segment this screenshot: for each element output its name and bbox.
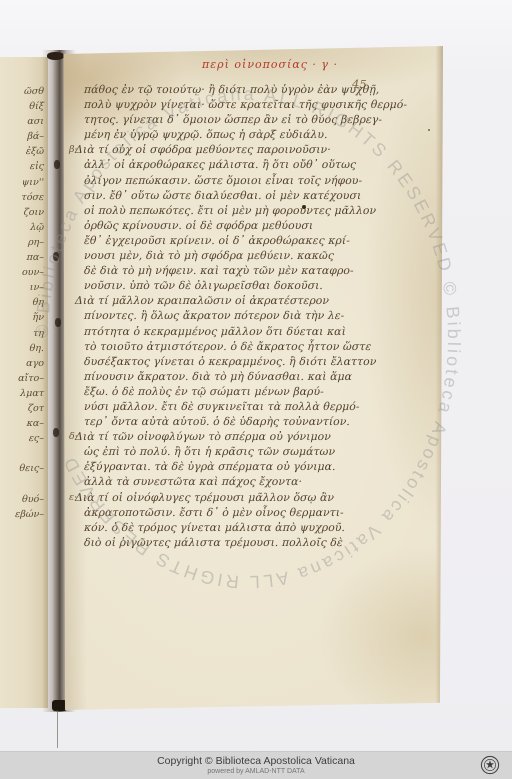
stitch-mark: [55, 318, 61, 327]
facing-fragment: [2, 446, 45, 461]
facing-fragment: αἴτο–: [2, 371, 45, 386]
manuscript-line: τητος. γίνεται δ᾽ ὅμοιον ὥσπερ ἂν εἰ τὸ …: [84, 112, 421, 127]
manuscript-line: πίνουσιν ἄκρατον. διὰ τὸ μὴ δύνασθαι. κα…: [84, 369, 421, 384]
facing-fragment: ες–: [2, 431, 45, 446]
facing-fragment: ασι: [2, 114, 45, 129]
facing-fragment: θη.: [2, 341, 45, 356]
facing-fragment: κα–: [2, 416, 45, 431]
manuscript-line: δυσέξακτος γίνεται ὁ κεκραμμένος. ἢ διότ…: [84, 354, 421, 369]
facing-fragment: ζοιν: [2, 205, 45, 220]
facing-fragment: αγο: [2, 356, 45, 371]
binding-thread: [57, 710, 58, 748]
facing-fragment: λῷ: [2, 220, 45, 235]
manuscript-line: Διὰ τί τῶν οἰνοφλύγων τὸ σπέρμα οὐ γόνιμ…: [75, 429, 421, 444]
facing-fragment: ιν–: [2, 280, 45, 295]
manuscript-line: Διὰ τί οὐχ οἱ σφόδρα μεθύοντες παροινοῦσ…: [75, 142, 421, 157]
manuscript-line: ἀλλὰ τὰ συνεστῶτα καὶ πάχος ἔχοντα·: [84, 474, 421, 489]
facing-fragment: ζοτ: [2, 401, 45, 416]
manuscript-line: νοῦσιν. ὑπὸ τῶν δὲ ὀλιγωρεῖσθαι δοκοῦσι.: [84, 278, 421, 293]
manuscript-line: διὸ οἱ ῥιγῶντες μάλιστα τρέμουσι. πολλοῖ…: [84, 535, 421, 550]
manuscript-line: πίνοντες. ἢ ὅλως ἄκρατον πότερον διὰ τὴν…: [84, 308, 421, 323]
vatican-library-seal-icon: [480, 755, 500, 775]
stitch-mark: [54, 160, 60, 169]
manuscript-line: ἔθ᾽ ἐγχειροῦσι κρίνειν. οἱ δ᾽ ἀκροθώρακε…: [84, 233, 421, 248]
manuscript-line: ὀλίγον πεπώκασιν. ὥστε ὅμοιοι εἶναι τοῖς…: [84, 173, 421, 188]
facing-fragment: θίξ: [2, 99, 45, 114]
facing-fragment: ἐξῶ: [2, 144, 45, 159]
manuscript-photo-viewer: ῶσθθίξασιβά–ἐξῶεἰςψιν''τόσεζοινλῷρη–πα–ο…: [0, 0, 512, 779]
manuscript-line: ὀρθῶς κρίνουσιν. οἱ δὲ σφόδρα μεθύουσι: [84, 218, 421, 233]
facing-page-fragments: ῶσθθίξασιβά–ἐξῶεἰςψιν''τόσεζοινλῷρη–πα–ο…: [2, 84, 44, 552]
manuscript-line: δὲ διὰ τὸ μὴ νήφειν. καὶ ταχὺ τῶν μὲν κα…: [84, 263, 421, 278]
facing-fragment: λματ: [2, 386, 45, 401]
facing-fragment: τη: [2, 326, 45, 341]
manuscript-line: ἐξύγρανται. τὰ δὲ ὑγρὰ σπέρματα οὐ γόνιμ…: [84, 459, 421, 474]
rubric-title: περὶ οἰνοποσίας · γ ·: [165, 58, 375, 71]
facing-fragment: [2, 476, 45, 491]
manuscript-line: τερ᾽ ὄντα αὐτὰ αὑτοῦ. ὁ δὲ ὑδαρὴς τοὐναν…: [84, 414, 421, 429]
manuscript-line: ἀκρατοποτῶσιν. ἔστι δ᾽ ὁ μὲν οἶνος θερμα…: [84, 505, 421, 520]
manuscript-line: σιν. ἔθ᾽ οὕτω ὥστε διαλύεσθαι. οἱ μὲν κα…: [84, 188, 421, 203]
manuscript-line: τὸ τοιοῦτο ἀτμιστότερον. ὁ δὲ ἄκρατος ἧτ…: [84, 339, 421, 354]
manuscript-line: μένη ἐν ὑγρῷ ψυχρῷ. ὅπως ἡ σὰρξ εὐδιάλυ.: [84, 127, 421, 142]
spine-top-notch: [47, 52, 64, 60]
ink-speck: [428, 129, 430, 131]
facing-fragment: ἥν: [2, 310, 45, 325]
facing-fragment: εἰς: [2, 159, 45, 174]
manuscript-line: ἀλλ᾽ οἱ ἀκροθώρακες μάλιστα. ἢ ὅτι οὔθ᾽ …: [84, 157, 421, 172]
footer-powered-by: powered by AMLAD-NTT DATA: [0, 767, 512, 776]
facing-fragment: [2, 537, 45, 552]
manuscript-line: κόν. ὁ δὲ τρόμος γίνεται μάλιστα ἀπὸ ψυχ…: [84, 520, 421, 535]
manuscript-line: Διὰ τί οἱ οἰνόφλυγες τρέμουσι μᾶλλον ὅσῳ…: [75, 490, 421, 505]
manuscript-line: οἱ πολὺ πεπωκότες. ἔτι οἱ μὲν μὴ φοροῦντ…: [84, 203, 421, 218]
facing-fragment: πα–: [2, 250, 45, 265]
manuscript-line: πτότητα ὁ κεκραμμένος μᾶλλον ὅτι δύεται …: [84, 324, 421, 339]
footer-copyright: Copyright © Biblioteca Apostolica Vatica…: [0, 752, 512, 767]
manuscript-page: περὶ οἰνοποσίας · γ · 45. β·δ·ε· πάθος ἐ…: [60, 46, 443, 710]
manuscript-line: πολὺ ψυχρὸν γίνεται· ὥστε κρατεῖται τῆς …: [84, 97, 421, 112]
footer-bar: Copyright © Biblioteca Apostolica Vatica…: [0, 751, 512, 779]
facing-fragment: ψιν'': [2, 175, 45, 190]
facing-fragment: θη: [2, 295, 45, 310]
manuscript-text-block: πάθος ἐν τῷ τοιούτῳ· ἢ διότι πολὺ ὑγρὸν …: [84, 82, 420, 550]
spine-tailband: [52, 700, 67, 711]
facing-fragment: θεις–: [2, 461, 45, 476]
facing-fragment: ουν–: [2, 265, 45, 280]
manuscript-line: νουσι μὲν, διὰ τὸ μὴ σφόδρα μεθύειν. κακ…: [84, 248, 421, 263]
manuscript-line: ἔξω. ὁ δὲ πολὺς ἐν τῷ σώματι μένων βαρύ-: [84, 384, 421, 399]
manuscript-line: Διὰ τί μᾶλλον κραιπαλῶσιν οἱ ἀκρατέστερο…: [75, 293, 421, 308]
facing-fragment: θυό–: [2, 492, 45, 507]
facing-page-edge: ῶσθθίξασιβά–ἐξῶεἰςψιν''τόσεζοινλῷρη–πα–ο…: [0, 57, 48, 708]
facing-fragment: βά–: [2, 129, 45, 144]
facing-fragment: ρη–: [2, 235, 45, 250]
facing-fragment: εβών–: [2, 507, 45, 522]
ink-speck: [302, 205, 306, 209]
manuscript-line: ὡς ἐπὶ τὸ πολύ. ἢ ὅτι ἡ κρᾶσις τῶν σωμάτ…: [84, 444, 421, 459]
facing-fragment: [2, 522, 45, 537]
manuscript-line: νύσι μᾶλλον. ἔτι δὲ συγκινεῖται τὰ πολλὰ…: [84, 399, 421, 414]
stitch-mark: [53, 252, 59, 261]
manuscript-line: πάθος ἐν τῷ τοιούτῳ· ἢ διότι πολὺ ὑγρὸν …: [84, 82, 421, 97]
stitch-mark: [53, 428, 59, 437]
facing-fragment: τόσε: [2, 190, 45, 205]
facing-fragment: ῶσθ: [2, 84, 45, 99]
